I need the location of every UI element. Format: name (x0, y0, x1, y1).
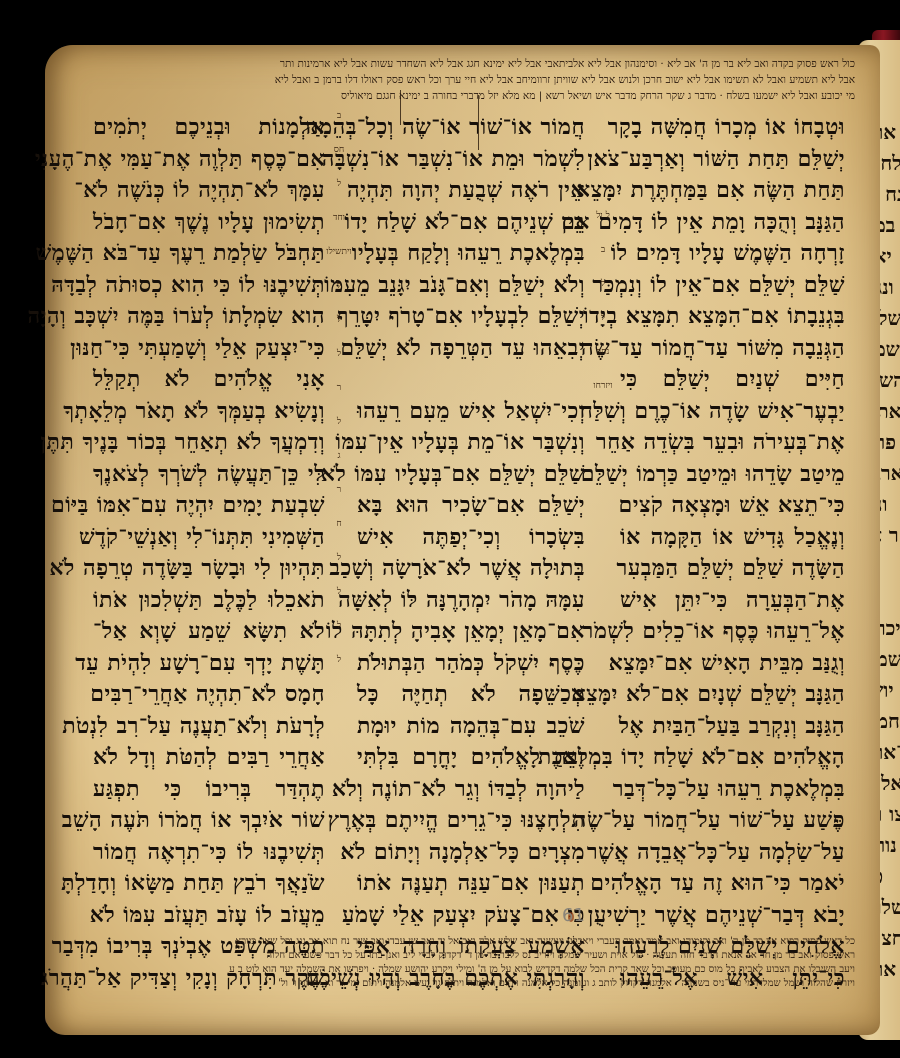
text-line: תְעַנּוּן אִם־עַנֵּה תְעַנֶּה אֹתוֹ (357, 868, 585, 900)
margin-notes-middle: בחסלוחדויתשילולללרלגרחלללל (322, 110, 356, 688)
text-line: יַבְעֶר־אִישׁ שָׂדֶה אוֹ־כֶרֶם וְשִׁלַּח (620, 396, 845, 428)
text-line: הַגַּנָּב יְשַׁלֵּם שְׁנָיִם אִם־לֹא יִמ… (620, 679, 845, 711)
margin-note: ויזרחו (588, 380, 618, 392)
text-line: וּטְבָחוֹ אוֹ מְכָרוֹ חֲמִשָּׁה בָקָר (620, 112, 845, 144)
text-line: מֵיטַב שָׂדֵהוּ וּמֵיטַב כַּרְמוֹ יְשַׁל… (620, 459, 845, 491)
text-line: הַשָּׂדֶה שַׁלֵּם יְשַׁלֵּם הַמַּבְעִר (620, 553, 845, 585)
text-line: שַׁלֵּם יְשַׁלֵּם אִם־בְּעָלָיו עִמּוֹ ל… (357, 459, 585, 491)
text-line: אִם־כֶּסֶף תַּלְוֶה אֶת־עַמִּי אֶת־הֶעָנ… (93, 144, 325, 176)
text-line: תָּשֶׁת יָדְךָ עִם־רָשָׁע לִהְיֹת עֵד (93, 648, 325, 680)
text-line: הַשְּׁמִינִי תִּתְּנוֹ־לִי וְאַנְשֵׁי־קֹ… (93, 522, 325, 554)
text-line: אֵין רֹאֶה שְׁבֻעַת יְהוָה תִּהְיֶה (357, 175, 585, 207)
margin-note: ל (322, 178, 356, 190)
margin-note: ל (322, 348, 356, 360)
masora-line: מי יכובע ואבל ליא ישמעו בשלח · מדבר ג שק… (85, 88, 855, 104)
text-line: וְלֹא יְשַׁלֵּם וְאִם־גָּנֹב יִגָּנֵב מֵ… (357, 270, 585, 302)
text-line: זָרְחָה הַשֶּׁמֶשׁ עָלָיו דָּמִים לוֹ (620, 238, 845, 270)
text-line: וְנִשְׁבַּר אוֹ־מֵת בְּעָלָיו אֵין־עִמּו… (357, 427, 585, 459)
text-line: זֹבֵחַ לָאֱלֹהִים יָחֳרָם בִּלְתִּי (357, 742, 585, 774)
margin-note: ג (322, 450, 356, 462)
text-line: בְּתוּלָה אֲשֶׁר לֹא־אֹרָשָׂה וְשָׁכַב (357, 553, 585, 585)
text-line: שִׁבְעַת יָמִים יִהְיֶה עִם־אִמּוֹ בַּיּ… (93, 490, 325, 522)
text-line: יָבֹא דְּבַר־שְׁנֵיהֶם אֲשֶׁר יַרְשִׁיעֻ… (620, 900, 845, 932)
text-line: הַגְּנֵבָה מִשּׁוֹר עַד־חֲמוֹר עַד־שֶׂה (620, 333, 845, 365)
text-line: הָאֱלֹהִים אִם־לֹא שָׁלַח יָדוֹ בִּמְלֶא… (620, 742, 845, 774)
text-line: לְרָעֹת וְלֹא־תַעֲנֶה עַל־רִב לִנְטֹת (93, 711, 325, 743)
text-line: אֶת־בְּעִירֹה וּבִעֵר בִּשְׂדֵה אַחֵר (620, 427, 845, 459)
text-column-left: אַלְמָנוֹת וּבְנֵיכֶם יְתֹמִיםאִם־כֶּסֶף… (93, 112, 325, 994)
text-line: תֹאכֵלוּ לַכֶּלֶב תַּשְׁלִכוּן אֹתוֹ (93, 585, 325, 617)
text-line: תַּחְבֹּל שַׂלְמַת רֵעֶךָ עַד־בֹּא הַשֶּ… (93, 238, 325, 270)
margin-note: ר (322, 484, 356, 496)
text-line: הַגַּנָּב וְנִקְרַב בַּעַל־הַבַּיִת אֶל (620, 711, 845, 743)
margin-note: ל (588, 312, 618, 324)
masora-line: ויזרח שהלוה ושמל שמלדרמי ערי־ניס בשנורה … (100, 977, 855, 991)
margin-note: ל (322, 552, 356, 564)
margin-note: ל (322, 280, 356, 292)
text-line: בִּגְנֵבָתוֹ אִם־הִמָּצֵא תִמָּצֵא בְיָד… (620, 301, 845, 333)
text-line: אֶל־רֵעֵהוּ כֶּסֶף אוֹ־כֵלִים לִשְׁמֹר (620, 616, 845, 648)
text-line: לַיהוָה לְבַדּוֹ וְגֵר לֹא־תוֹנֶה וְלֹא (357, 774, 585, 806)
text-line: עִמָּךְ לֹא־תִהְיֶה לוֹ כְּנֹשֶׁה לֹא־ (93, 175, 325, 207)
margin-note: ב (588, 244, 618, 256)
text-line: תְּשִׁיבֶנּוּ לוֹ כִּי הִוא כְסוּתֹה לְב… (93, 270, 325, 302)
margin-note: ל (322, 654, 356, 666)
text-line: תַּחַת הַשֶּׂה אִם בַּמַּחְתֶּרֶת יִמָּצ… (620, 175, 845, 207)
text-line: יְבִאֵהוּ עֵד הַטְּרֵפָה לֹא יְשַׁלֵּם (357, 333, 585, 365)
text-line: כֶּסֶף יִשְׁקֹל כְּמֹהַר הַבְּתוּלֹת (357, 648, 585, 680)
text-line: בֵּין שְׁנֵיהֶם אִם־לֹא שָׁלַח יָדוֹ (357, 207, 585, 239)
masora-line: כול ראש פסוק בקדה ואב ליא בר מן ה' אב לי… (85, 56, 855, 72)
margin-note: ל (588, 278, 618, 290)
masora-line: ראש פסוק ואב בר מן חד אב אנאת הדבר חזה ת… (100, 949, 855, 963)
text-line: כִּי־תֵצֵא אֵשׁ וּמָצְאָה קֹצִים (620, 490, 845, 522)
text-line: אָנִי אֱלֹהִים לֹא תְקַלֵּל (93, 364, 325, 396)
text-line: תִלְחָצֶנּוּ כִּי־גֵרִים הֱיִיתֶם בְּאֶר… (357, 805, 585, 837)
text-line: אַלְמָנוֹת וּבְנֵיכֶם יְתֹמִים (93, 112, 325, 144)
text-line: יְשַׁלֵּם תַּחַת הַשּׁוֹר וְאַרְבַּע־צֹא… (620, 144, 845, 176)
text-line: תֶהְדַּר בְּרִיבוֹ כִּי תִפְגַּע (93, 774, 325, 806)
text-line: וְנֶאֱכַל גָּדִישׁ אוֹ הַקָּמָה אוֹ (620, 522, 845, 554)
margin-note: וחד (322, 212, 356, 224)
text-line: לֹא תִשָּׂא שֵׁמַע שָׁוְא אַל־ (93, 616, 325, 648)
text-line: בִּמְלֶאכֶת רֵעֵהוּ עַל־כָּל־דְּבַר (620, 774, 845, 806)
margin-note: ח (322, 518, 356, 530)
text-column-right: וּטְבָחוֹ אוֹ מְכָרוֹ חֲמִשָּׁה בָקָריְש… (620, 112, 845, 994)
text-line: חָמָס לֹא־תִהְיֶה אַחֲרֵי־רַבִּים (93, 679, 325, 711)
text-line: כִּי־יִצְעַק אֵלַי וְשָׁמַעְתִּי כִּי־חַ… (93, 333, 325, 365)
text-line: שֹׁכֵב עִם־בְּהֵמָה מוֹת יוּמָת (357, 711, 585, 743)
text-line: שַׁלֵּם יְשַׁלֵּם אִם־אֵין לוֹ וְנִמְכַּ… (620, 270, 845, 302)
folio-number: 61 (562, 905, 585, 926)
text-line: הַגַּנָּב וְהֻכָּה וָמֵת אֵין לוֹ דָּמִי… (620, 207, 845, 239)
margin-note: חס (322, 144, 356, 156)
margin-note: ל (322, 314, 356, 326)
text-line: בִּמְלֶאכֶת רֵעֵהוּ וְלָקַח בְּעָלָיו (357, 238, 585, 270)
text-line: וְכִי־יִשְׁאַל אִישׁ מֵעִם רֵעֵהוּ (357, 396, 585, 428)
masora-line: כל ראש פסוק רפיא אב בר מן ה' ואב וקימוהי… (100, 935, 855, 949)
text-line: פֶּשַׁע עַל־שׁוֹר עַל־חֲמוֹר עַל־שֶׂה (620, 805, 845, 837)
margin-note: ר (322, 382, 356, 394)
text-line: מִצְרָיִם כָּל־אַלְמָנָה וְיָתוֹם לֹא (357, 837, 585, 869)
text-line: בִּשְׂכָרוֹ וְכִי־יְפַתֶּה אִישׁ (357, 522, 585, 554)
margin-note: ל (322, 620, 356, 632)
text-line: וְנָשִׂיא בְעַמְּךָ לֹא תָאֹר מְלֵאָתְךָ (93, 396, 325, 428)
text-line: לִשְׁמֹר וּמֵת אוֹ־נִשְׁבַּר אוֹ־נִשְׁבָ… (357, 144, 585, 176)
masora-magna-top: כול ראש פסוק בקדה ואב ליא בר מן ה' אב לי… (85, 56, 855, 104)
text-line: הִוא שִׂמְלָתוֹ לְעֹרוֹ בַּמֶּה יִשְׁכָּ… (93, 301, 325, 333)
margin-note: ל (322, 586, 356, 598)
margin-note: ויתשילו (322, 246, 356, 258)
text-line: אִם־מָאֵן יְמָאֵן אָבִיהָ לְתִתָּהּ לוֹ (357, 616, 585, 648)
text-line: חֲמוֹר אוֹ־שׁוֹר אוֹ־שֶׂה וְכָל־בְּהֵמָה (357, 112, 585, 144)
text-line: מֵעֲזֹב לוֹ עָזֹב תַּעֲזֹב עִמּוֹ לֹא (93, 900, 325, 932)
text-line: תְשִׂימוּן עָלָיו נֶשֶׁךְ אִם־חָבֹל (93, 207, 325, 239)
text-line: מְכַשֵּׁפָה לֹא תְחַיֶּה כָּל (357, 679, 585, 711)
margin-note: נחר (588, 346, 618, 358)
text-line: יְשַׁלֵּם אִם־שָׂכִיר הוּא בָּא (357, 490, 585, 522)
text-line: שׁוֹר אֹיִבְךָ אוֹ חֲמֹרוֹ תֹּעֶה הָשֵׁב (93, 805, 325, 837)
text-line: לִּי כֵּן־תַּעֲשֶׂה לְשֹׁרְךָ לְצֹאנֶךָ (93, 459, 325, 491)
masora-line: אבל ליא תשמיע ואבל לא תשימו אבל ליא ישוב… (85, 72, 855, 88)
text-line: אַחֲרֵי רַבִּים לְהַטֹּת וְדָל לֹא (93, 742, 325, 774)
margin-notes-right: ל ולבללנחרויזרחו (588, 210, 618, 414)
text-line: יֹאמַר כִּי־הוּא זֶה עַד הָאֱלֹהִים (620, 868, 845, 900)
margin-note: ל ול (588, 210, 618, 222)
text-line: וְדִמְעֲךָ לֹא תְאַחֵר בְּכוֹר בָּנֶיךָ … (93, 427, 325, 459)
masora-line: ויעב השיבלו את הצבוע לאבית כל מוס כם מעו… (100, 963, 855, 977)
margin-note: ל (322, 416, 356, 428)
text-column-middle: חֲמוֹר אוֹ־שׁוֹר אוֹ־שֶׂה וְכָל־בְּהֵמָה… (357, 112, 585, 994)
text-line: שֹׂנַאֲךָ רֹבֵץ תַּחַת מַשָּׂאוֹ וְחָדַל… (93, 868, 325, 900)
text-line: אֶת־הַבְּעֵרָה כִּי־יִתֵּן אִישׁ (620, 585, 845, 617)
text-line: עַל־שַׂלְמָה עַל־כָּל־אֲבֵדָה אֲשֶׁר (620, 837, 845, 869)
text-line: חַיִּים שְׁנַיִם יְשַׁלֵּם כִּי (620, 364, 845, 396)
text-line: יְשַׁלֵּם לִבְעָלָיו אִם־טָרֹף יִטָּרֵף (357, 301, 585, 333)
text-line: כִּי אִם־צָעֹק יִצְעַק אֵלַי שָׁמֹעַ (357, 900, 585, 932)
text-line: תִּהְיוּן לִי וּבָשָׂר בַּשָּׂדֶה טְרֵפָ… (93, 553, 325, 585)
text-line: וְגֻנַּב מִבֵּית הָאִישׁ אִם־יִמָּצֵא (620, 648, 845, 680)
text-line: עִמָּהּ מָהֹר יִמְהָרֶנָּה לּוֹ לְאִשָּׁ… (357, 585, 585, 617)
margin-note: ב (322, 110, 356, 122)
text-line (357, 364, 585, 396)
text-line: תְּשִׁיבֶנּוּ לוֹ כִּי־תִרְאֶה חֲמוֹר (93, 837, 325, 869)
masora-magna-bottom: כל ראש פסוק רפיא אב בר מן ה' ואב וקימוהי… (100, 935, 855, 991)
